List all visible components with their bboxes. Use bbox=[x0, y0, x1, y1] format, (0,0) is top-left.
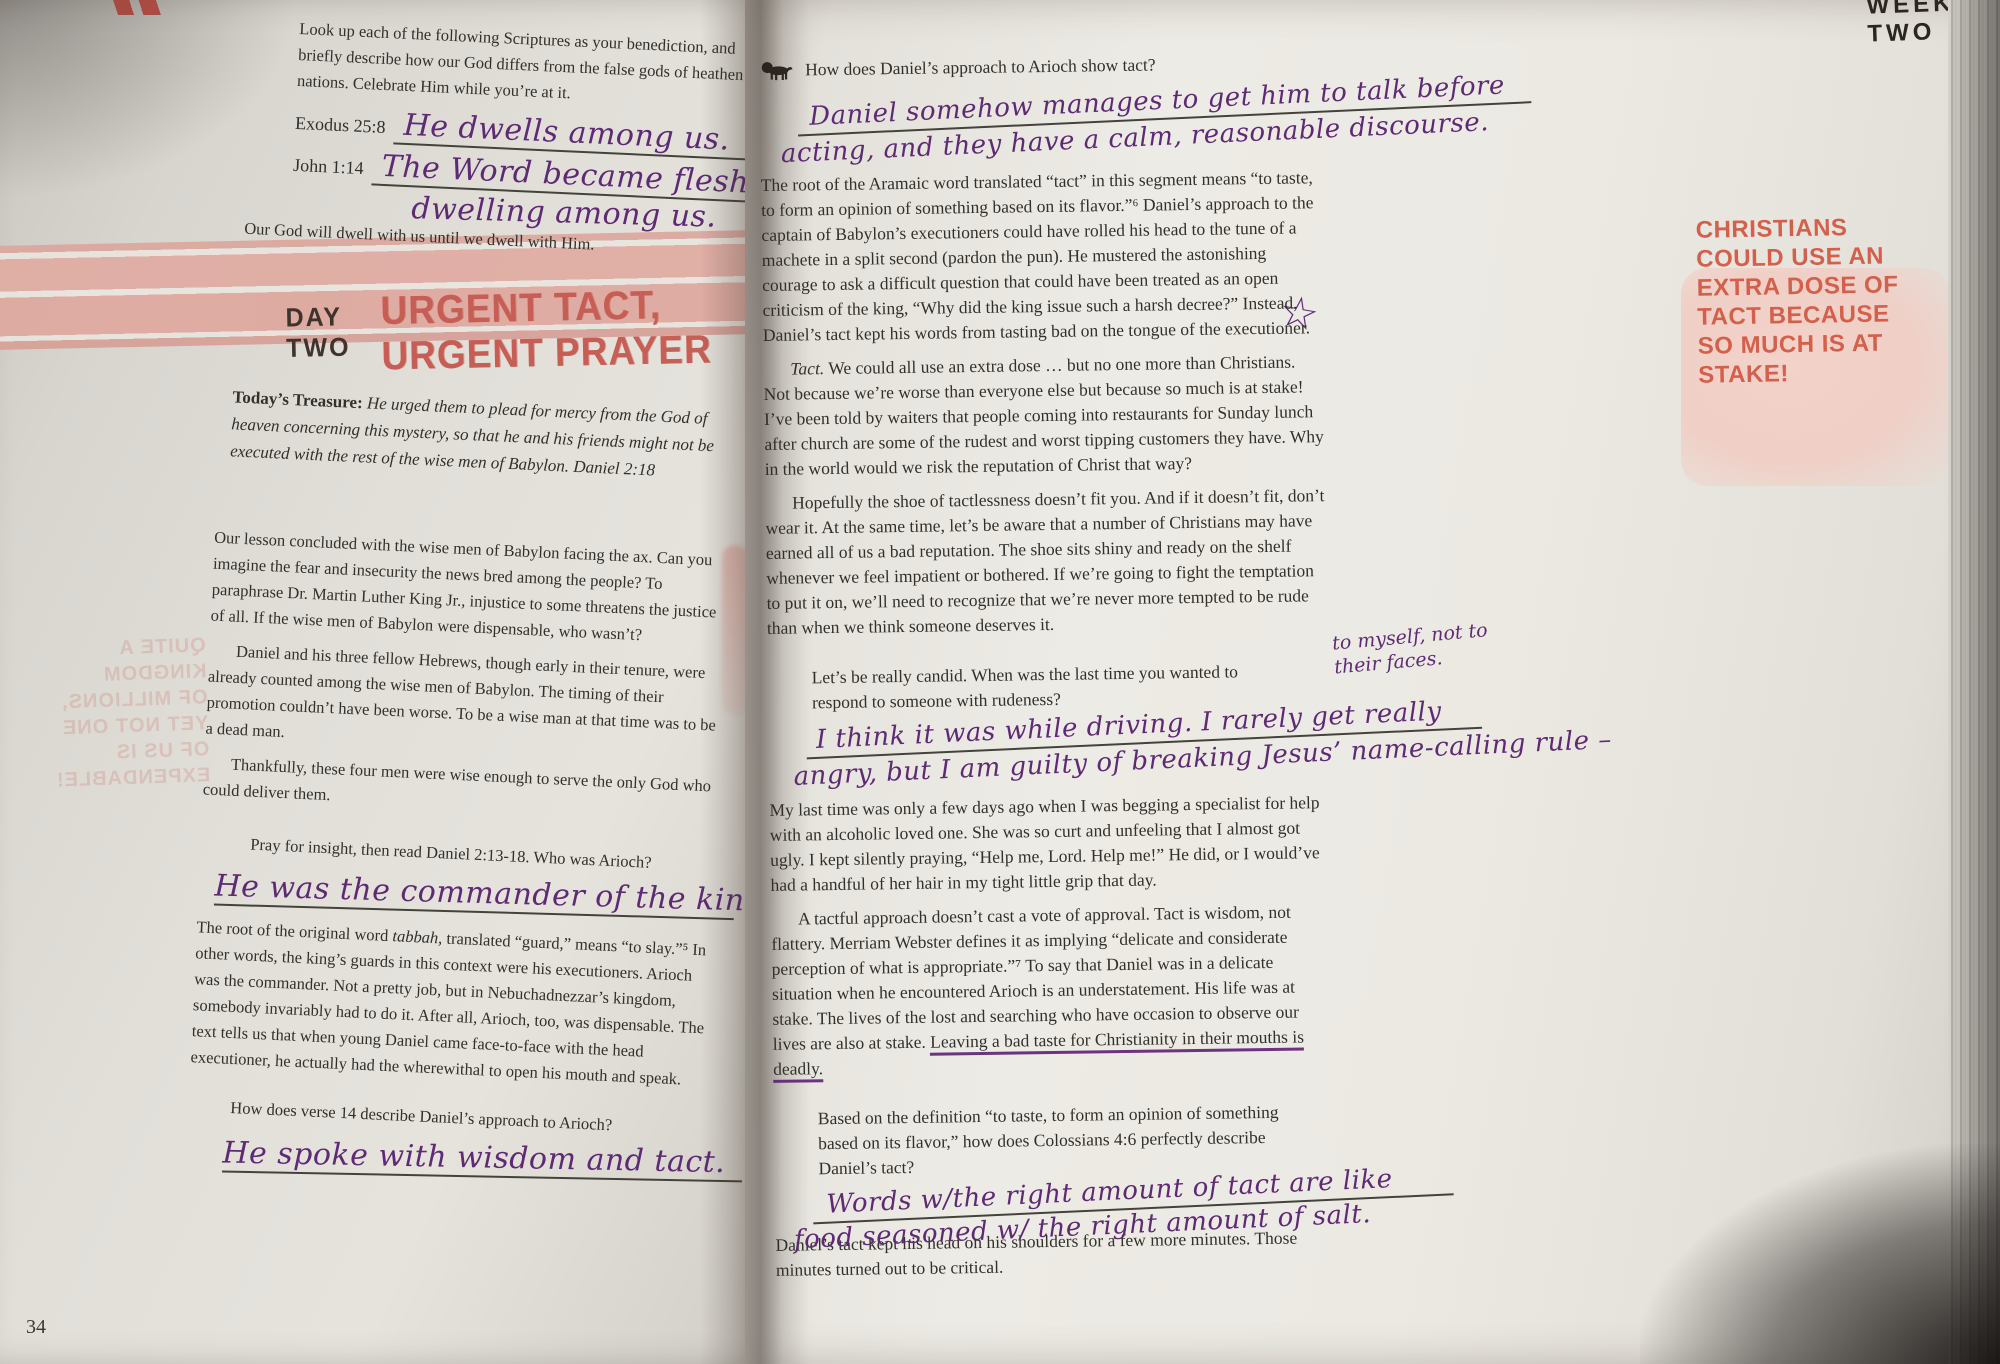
lion-icon bbox=[759, 59, 795, 88]
intro-paragraph: Look up each of the following Scriptures… bbox=[296, 16, 754, 115]
book-photo: DAY TWO URGENT TACT, URGENT PRAYER QUITE… bbox=[0, 0, 2000, 1364]
paragraph-segment: The root of the original word bbox=[196, 917, 393, 945]
question-text: How does Daniel’s approach to Arioch sho… bbox=[805, 52, 1156, 82]
right-page: WEEK TWO CHRISTIANS COULD USE AN EXTRA D… bbox=[745, 0, 1960, 1364]
week-header-stamp: WEEK TWO bbox=[1866, 0, 1960, 49]
paragraph-segment: , translated “guard,” means “to slay.”⁵ … bbox=[190, 928, 706, 1088]
body-paragraph: Tact. We could all use an extra dose … b… bbox=[763, 349, 1327, 482]
body-paragraph: A tactful approach doesn’t cast a vote o… bbox=[771, 899, 1335, 1082]
paragraph-segment: We could all use an extra dose … but no … bbox=[764, 352, 1324, 479]
margin-callout: CHRISTIANS COULD USE AN EXTRA DOSE OF TA… bbox=[1695, 212, 1903, 390]
red-stamp-fragment-icon bbox=[106, 0, 168, 15]
handwritten-answer-block: Daniel somehow manages to get him to tal… bbox=[797, 79, 1323, 169]
ghost-line: EXPENDABLE! bbox=[50, 762, 211, 794]
treasure-label: Today’s Treasure: bbox=[232, 387, 363, 412]
handwritten-answer: He spoke with wisdom and tact. bbox=[222, 1135, 726, 1180]
left-page-text-column: Look up each of the following Scriptures… bbox=[248, 16, 755, 1187]
body-paragraph: My last time was only a few days ago whe… bbox=[769, 790, 1332, 898]
bleed-through-margin-text: QUITE A KINGDOM OF MILLIONS, YET NOT ONE… bbox=[45, 632, 210, 793]
banner-spacer bbox=[283, 244, 744, 406]
handwritten-margin-note: to myself, not to their faces. bbox=[1331, 616, 1510, 679]
body-paragraph: The root of the original word tabbah, tr… bbox=[190, 914, 717, 1093]
handwritten-answer-block: I think it was while driving. I rarely g… bbox=[805, 702, 1331, 792]
body-paragraph: Daniel and his three fellow Hebrews, tho… bbox=[205, 638, 729, 765]
foreign-word: tabbah bbox=[392, 926, 439, 947]
left-page: DAY TWO URGENT TACT, URGENT PRAYER QUITE… bbox=[0, 0, 770, 1364]
scripture-ref: John 1:14 bbox=[292, 152, 372, 186]
answer-blank: He was the commander of the king’s guard bbox=[214, 870, 735, 921]
scripture-ref: Exodus 25:8 bbox=[294, 110, 394, 144]
body-paragraph: The root of the Aramaic word translated … bbox=[761, 165, 1325, 348]
question-prompt: Based on the definition “to taste, to fo… bbox=[818, 1099, 1309, 1181]
right-page-text-column: How does Daniel’s approach to Arioch sho… bbox=[759, 50, 1338, 1292]
page-edge-stack bbox=[1948, 0, 2000, 1364]
page-number: 34 bbox=[26, 1316, 46, 1339]
body-paragraph: Hopefully the shoe of tactlessness doesn… bbox=[765, 483, 1329, 641]
body-paragraph: Our lesson concluded with the wise men o… bbox=[210, 525, 734, 652]
italic-lead: Tact. bbox=[790, 358, 824, 378]
answer-blank: He spoke with wisdom and tact. bbox=[222, 1136, 743, 1182]
